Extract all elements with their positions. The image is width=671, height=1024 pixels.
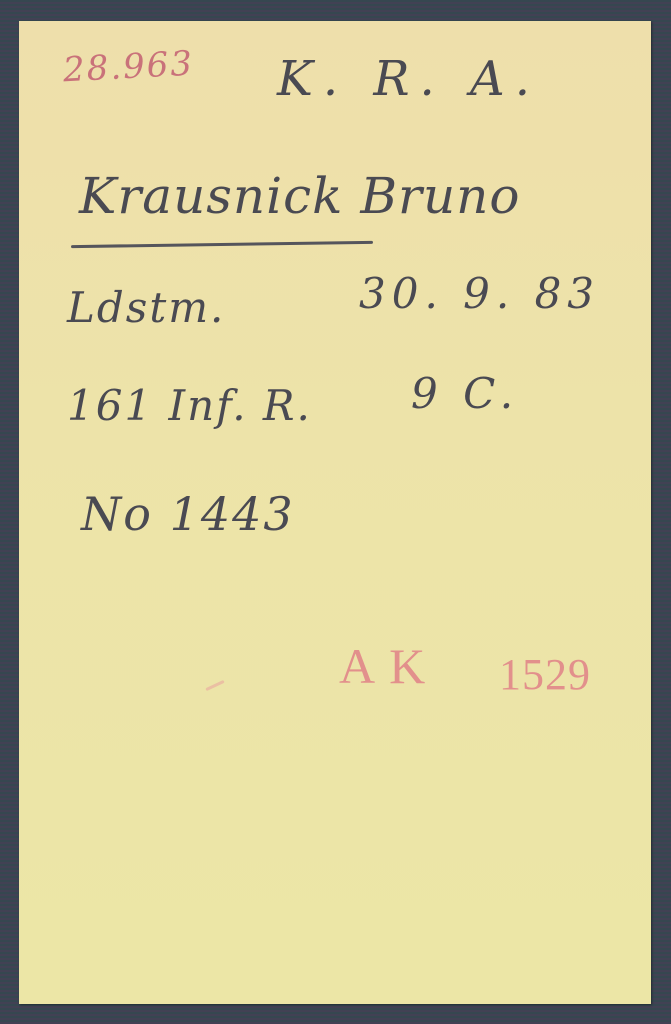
person-name: Krausnick Bruno bbox=[79, 167, 520, 225]
rank-line: Ldstm. bbox=[67, 283, 225, 332]
list-number: No 1443 bbox=[81, 487, 295, 541]
regiment-field: 161 Inf. R. bbox=[67, 381, 312, 430]
name-underline bbox=[71, 241, 373, 248]
company-field: 9 C. bbox=[411, 369, 519, 418]
header-code: K. R. A. bbox=[277, 51, 540, 107]
stamp-prefix: AK bbox=[339, 637, 439, 695]
archive-number: 28.963 bbox=[62, 44, 195, 91]
stamp-number: 1529 bbox=[499, 649, 591, 700]
index-card: 28.963 K. R. A. Krausnick Bruno Ldstm. 3… bbox=[19, 21, 651, 1004]
date-field: 30. 9. 83 bbox=[359, 269, 600, 318]
ink-smudge bbox=[205, 680, 224, 691]
